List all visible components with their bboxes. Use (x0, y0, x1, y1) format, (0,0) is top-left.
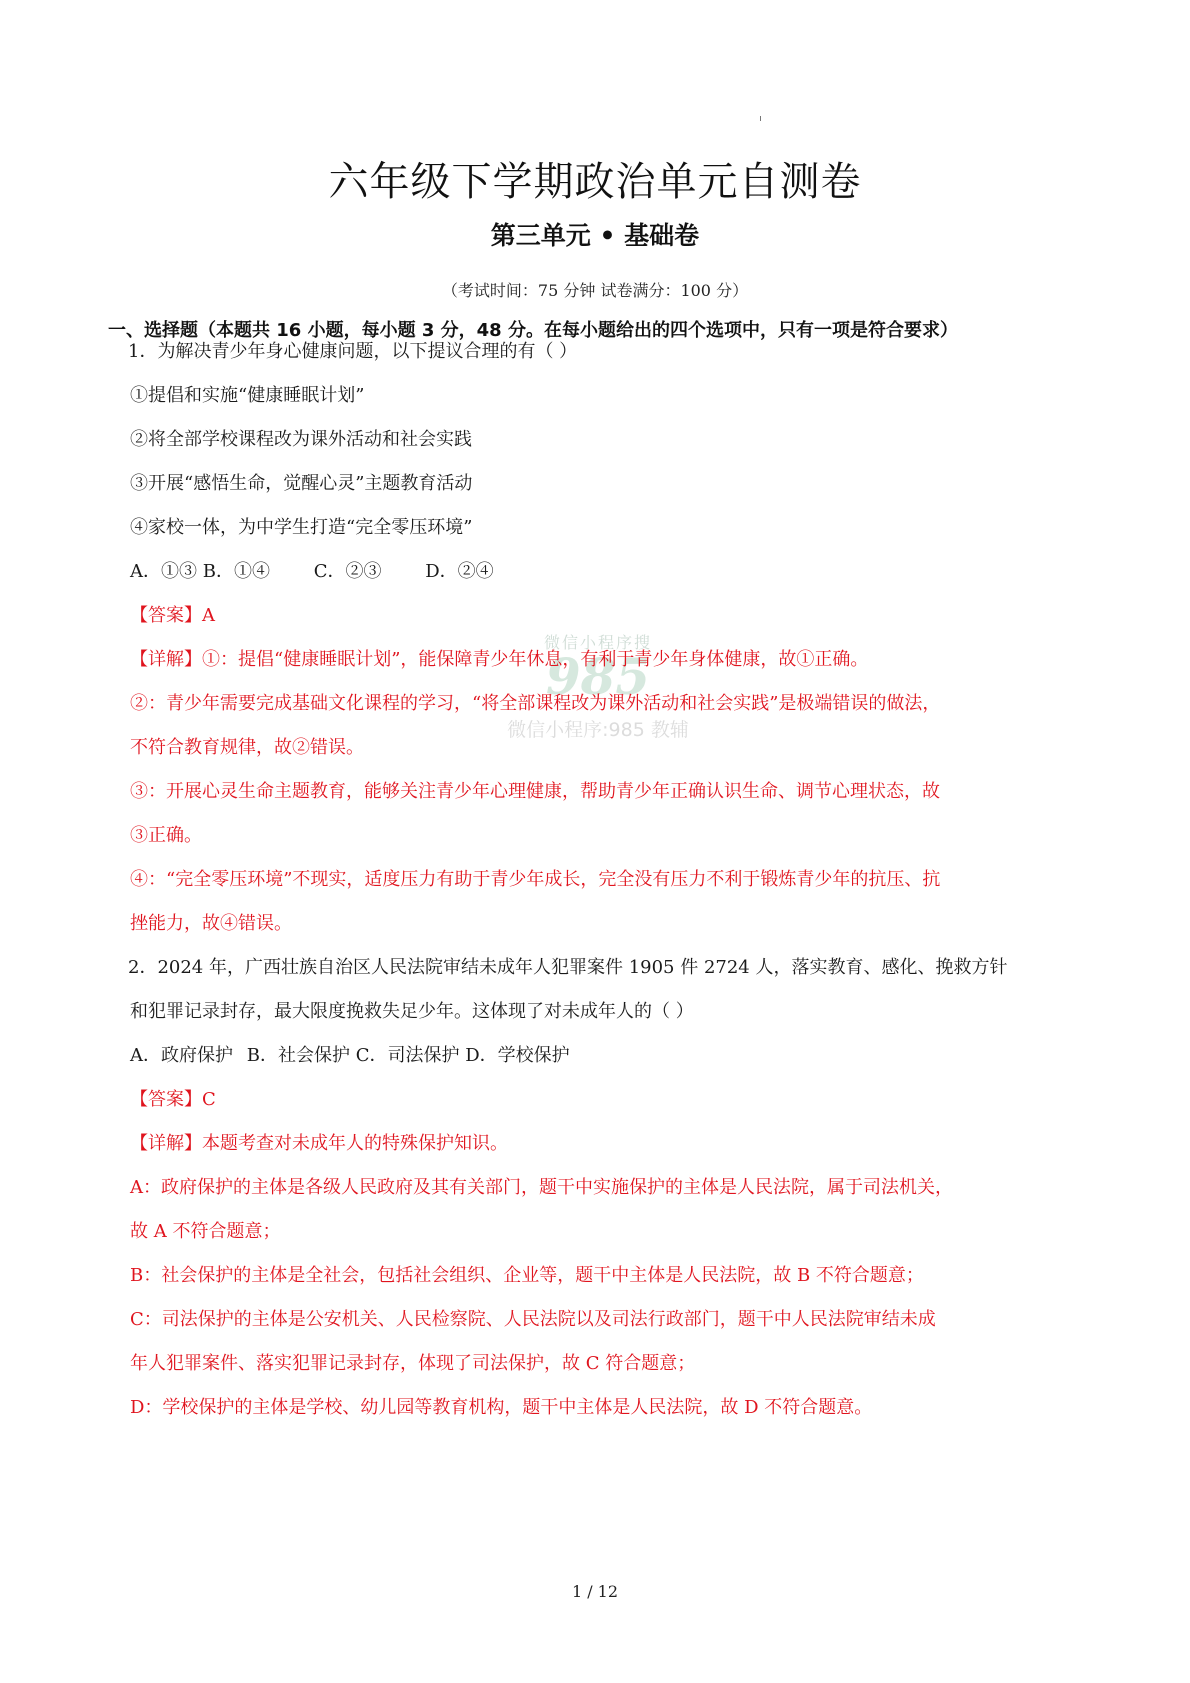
question-2-options: A．政府保护 B．社会保护 C．司法保护 D．学校保护 (130, 1044, 570, 1068)
question-2-explanation-line: 年人犯罪案件、落实犯罪记录封存，体现了司法保护，故 C 符合题意； (130, 1352, 695, 1376)
question-2-stem-continued: 和犯罪记录封存，最大限度挽救失足少年。这体现了对未成年人的（ ） (130, 1000, 694, 1024)
option-c: C．②③ (314, 561, 382, 582)
question-1-explanation-line: 挫能力，故④错误。 (130, 912, 292, 936)
page-title: 六年级下学期政治单元自测卷 (0, 150, 1190, 207)
option-c: C．司法保护 (356, 1045, 460, 1066)
question-2-explanation-line: A：政府保护的主体是各级人民政府及其有关部门，题干中实施保护的主体是人民法院，属… (130, 1176, 953, 1200)
question-2-explanation-line: C：司法保护的主体是公安机关、人民检察院、人民法院以及司法行政部门，题干中人民法… (130, 1308, 936, 1332)
watermark-bottom-text: 微信小程序:985 教辅 (488, 715, 708, 742)
question-1-explanation-line: 【详解】①：提倡“健康睡眠计划”，能保障青少年休息，有利于青少年身体健康，故①正… (130, 648, 868, 672)
question-2-stem: 2．2024 年，广西壮族自治区人民法院审结未成年人犯罪案件 1905 件 27… (128, 956, 1007, 980)
question-2-explanation-line: D：学校保护的主体是学校、幼儿园等教育机构，题干中主体是人民法院，故 D 不符合… (130, 1396, 872, 1420)
page-number: 1 / 12 (0, 1582, 1190, 1601)
option-b: B．社会保护 (247, 1045, 350, 1066)
option-a: A．政府保护 (130, 1045, 233, 1066)
question-1-statement-4: ④家校一体，为中学生打造“完全零压环境” (130, 516, 472, 540)
option-a: A．①③ (130, 561, 197, 582)
option-d: D．②④ (425, 561, 493, 582)
question-1-options: A．①③ B．①④ C．②③ D．②④ (130, 560, 494, 584)
question-1-explanation-line: 不符合教育规律，故②错误。 (130, 736, 364, 760)
option-b: B．①④ (203, 561, 270, 582)
page-subtitle: 第三单元 • 基础卷 (0, 216, 1190, 252)
question-1-answer: 【答案】A (130, 604, 215, 628)
question-1-explanation-line: ④：“完全零压环境”不现实，适度压力有助于青少年成长，完全没有压力不利于锻炼青少… (130, 868, 940, 892)
question-1-explanation-line: ②：青少年需要完成基础文化课程的学习，“将全部课程改为课外活动和社会实践”是极端… (130, 692, 940, 716)
question-1-stem: 1．为解决青少年身心健康问题，以下提议合理的有（ ） (128, 340, 577, 364)
question-2-explanation-line: 【详解】本题考查对未成年人的特殊保护知识。 (130, 1132, 508, 1156)
question-2-explanation-line: B：社会保护的主体是全社会，包括社会组织、企业等，题干中主体是人民法院，故 B … (130, 1264, 924, 1288)
question-1-explanation-line: ③正确。 (130, 824, 202, 848)
exam-info: （考试时间：75 分钟 试卷满分：100 分） (0, 278, 1190, 301)
question-1-statement-1: ①提倡和实施“健康睡眠计划” (130, 384, 364, 408)
question-1-statement-3: ③开展“感悟生命，觉醒心灵”主题教育活动 (130, 472, 472, 496)
question-1-statement-2: ②将全部学校课程改为课外活动和社会实践 (130, 428, 472, 452)
question-2-answer: 【答案】C (130, 1088, 216, 1112)
section-heading: 一、选择题（本题共 16 小题，每小题 3 分，48 分。在每小题给出的四个选项… (108, 316, 958, 342)
option-d: D．学校保护 (465, 1045, 569, 1066)
question-2-explanation-line: 故 A 不符合题意； (130, 1220, 280, 1244)
question-1-explanation-line: ③：开展心灵生命主题教育，能够关注青少年心理健康，帮助青少年正确认识生命、调节心… (130, 780, 940, 804)
stray-mark (760, 116, 761, 121)
document-page: 六年级下学期政治单元自测卷 第三单元 • 基础卷 （考试时间：75 分钟 试卷满… (0, 0, 1190, 1683)
